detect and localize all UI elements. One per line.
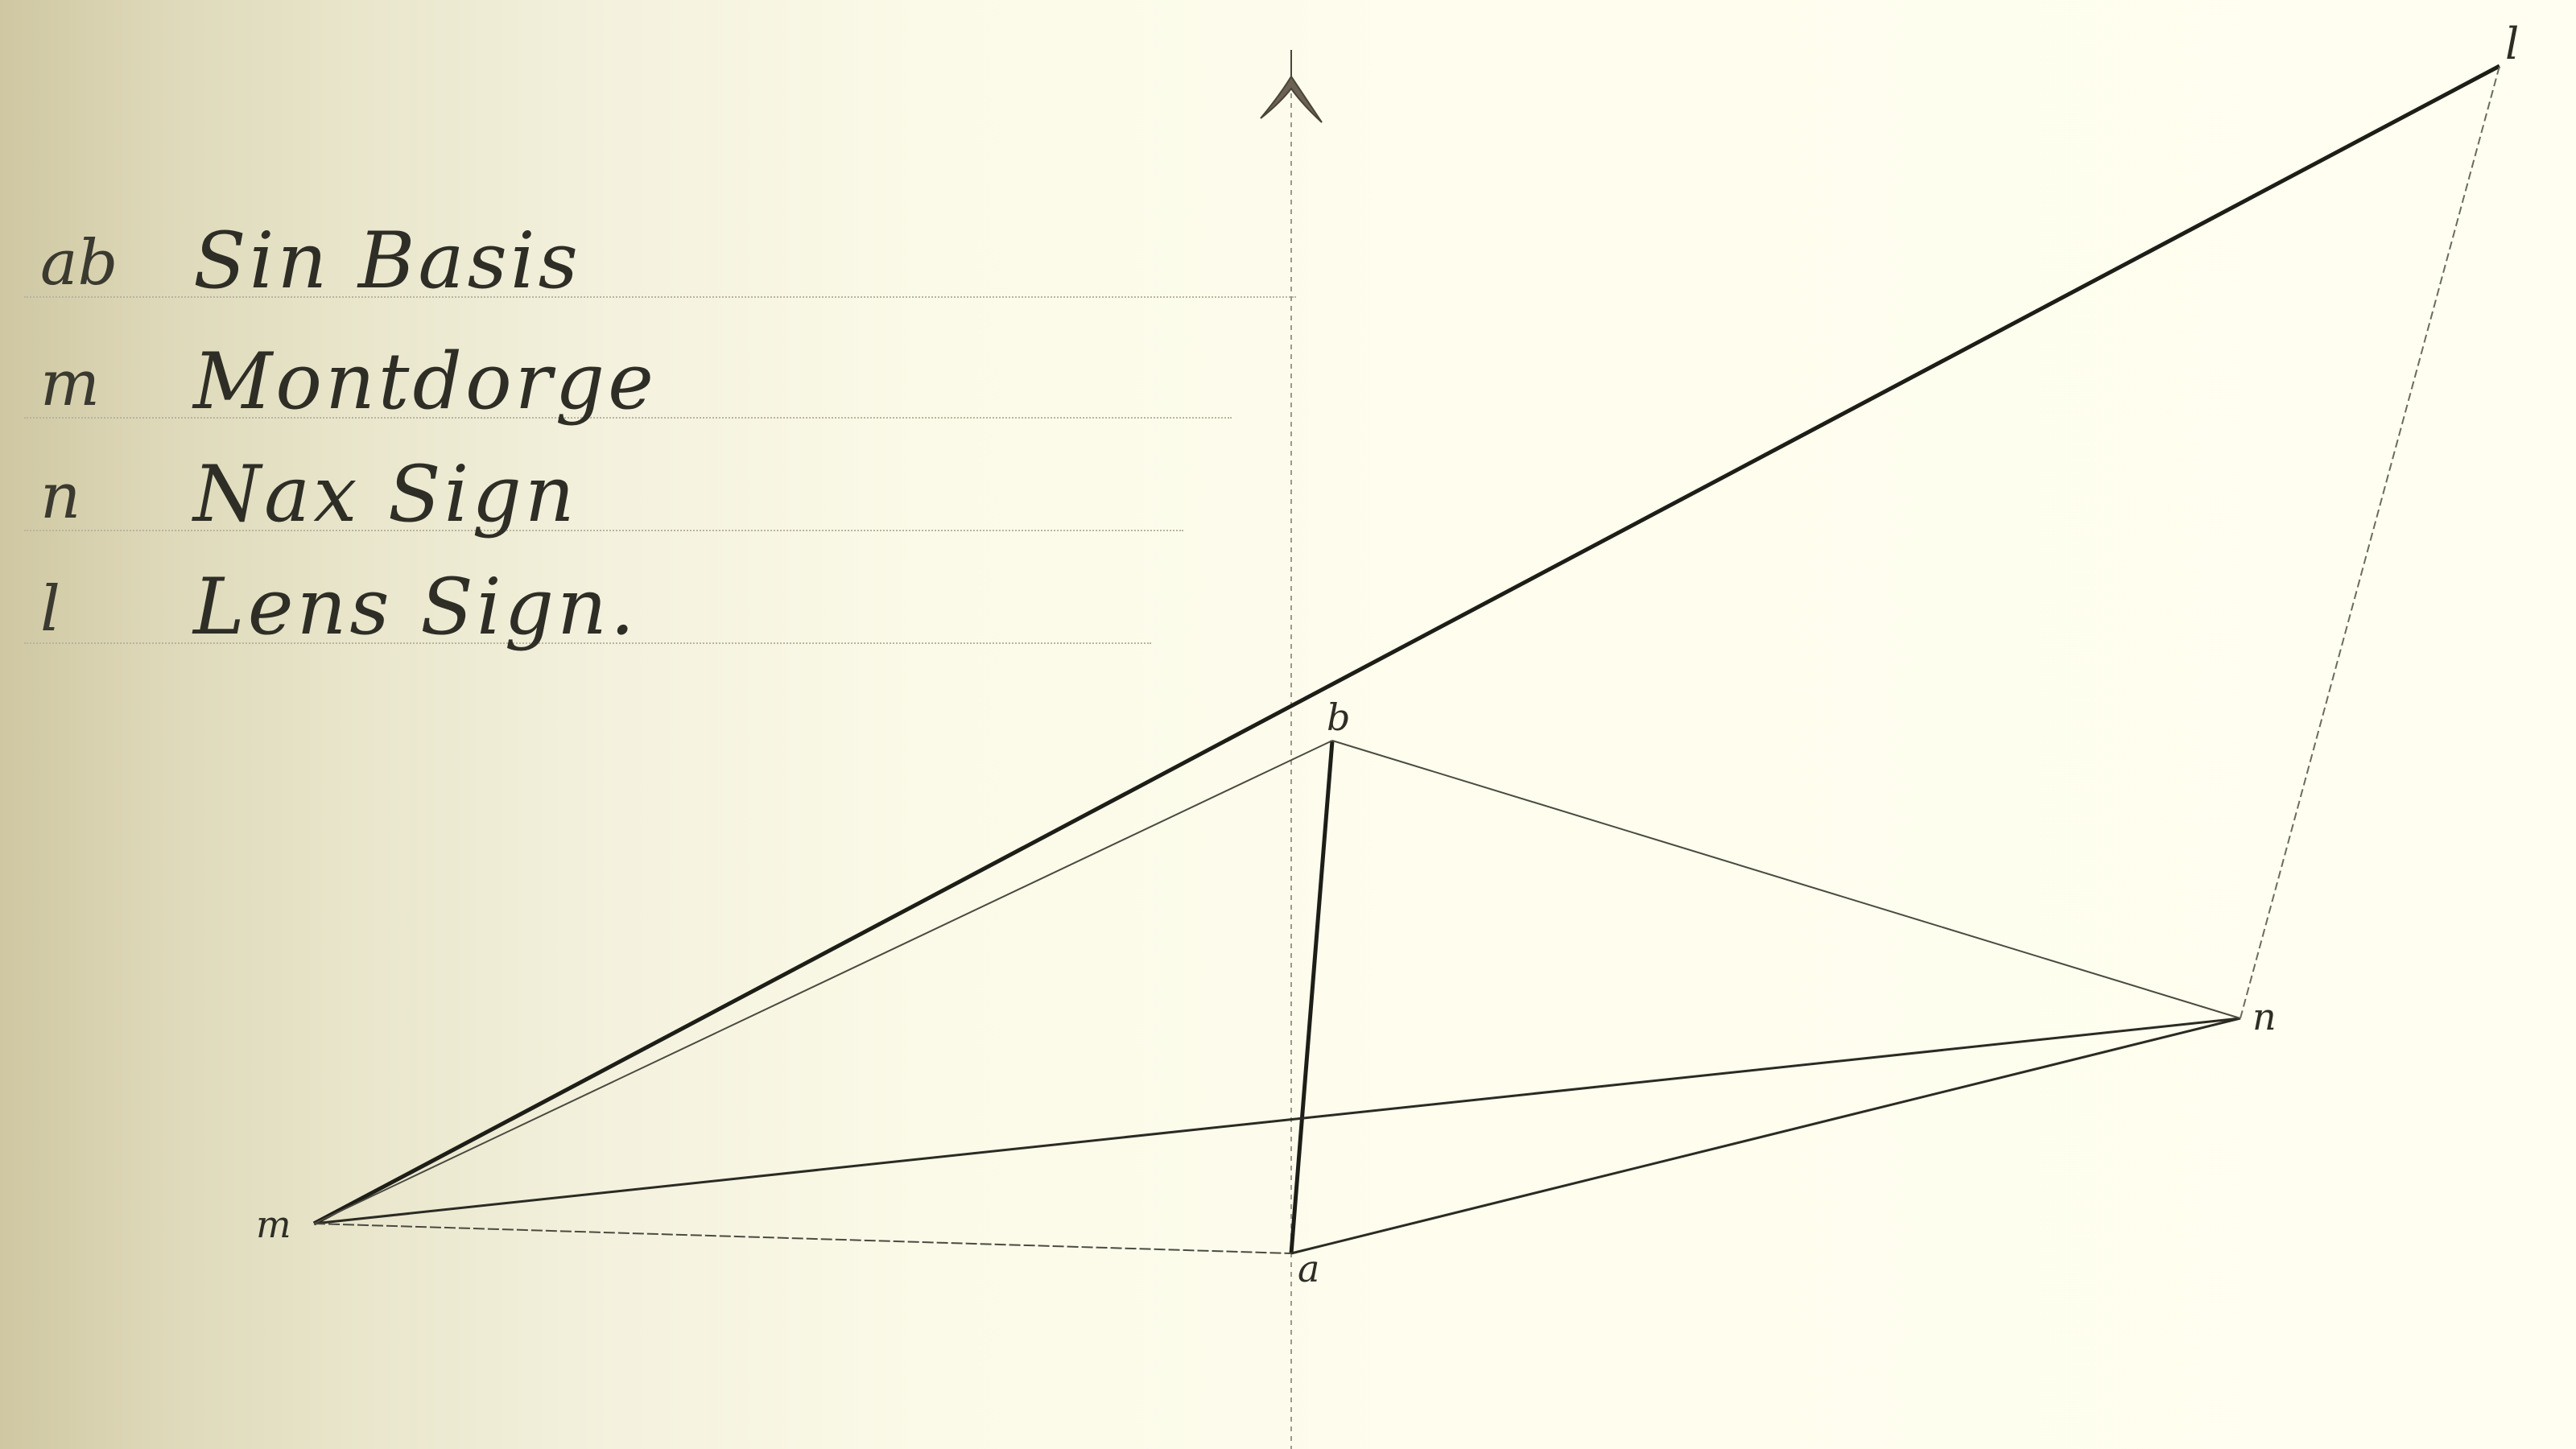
legend-row: l Lens Sign. [24, 547, 1296, 660]
legend-row: m Montdorge [24, 322, 1296, 435]
line-m-b [314, 741, 1332, 1224]
line-m-n [314, 1018, 2240, 1224]
legend-row: ab Sin Basis [24, 201, 1296, 314]
line-a-n [1291, 1018, 2240, 1253]
legend-key: n [40, 460, 80, 533]
point-label-b: b [1327, 699, 1350, 736]
legend-text: Sin Basis [193, 216, 581, 306]
point-label-a: a [1298, 1250, 1319, 1287]
north-arrow-icon [1261, 50, 1322, 122]
point-label-n: n [2252, 998, 2277, 1035]
legend-text: Montdorge [193, 336, 657, 427]
paper-sheet: m a b n l ab Sin Basis m Montdorge n Nax… [0, 0, 2576, 1449]
line-m-a [314, 1224, 1291, 1253]
legend-key: l [40, 573, 60, 646]
legend-text: Nax Sign [193, 449, 578, 539]
line-n-l [2240, 66, 2500, 1018]
line-a-b [1291, 741, 1332, 1253]
legend-key: ab [40, 227, 118, 299]
legend-row: n Nax Sign [24, 435, 1296, 547]
line-b-n [1332, 741, 2240, 1018]
point-label-m: m [256, 1206, 291, 1243]
legend-key: m [40, 348, 100, 420]
legend-text: Lens Sign. [193, 562, 638, 652]
point-label-l: l [2505, 23, 2519, 66]
